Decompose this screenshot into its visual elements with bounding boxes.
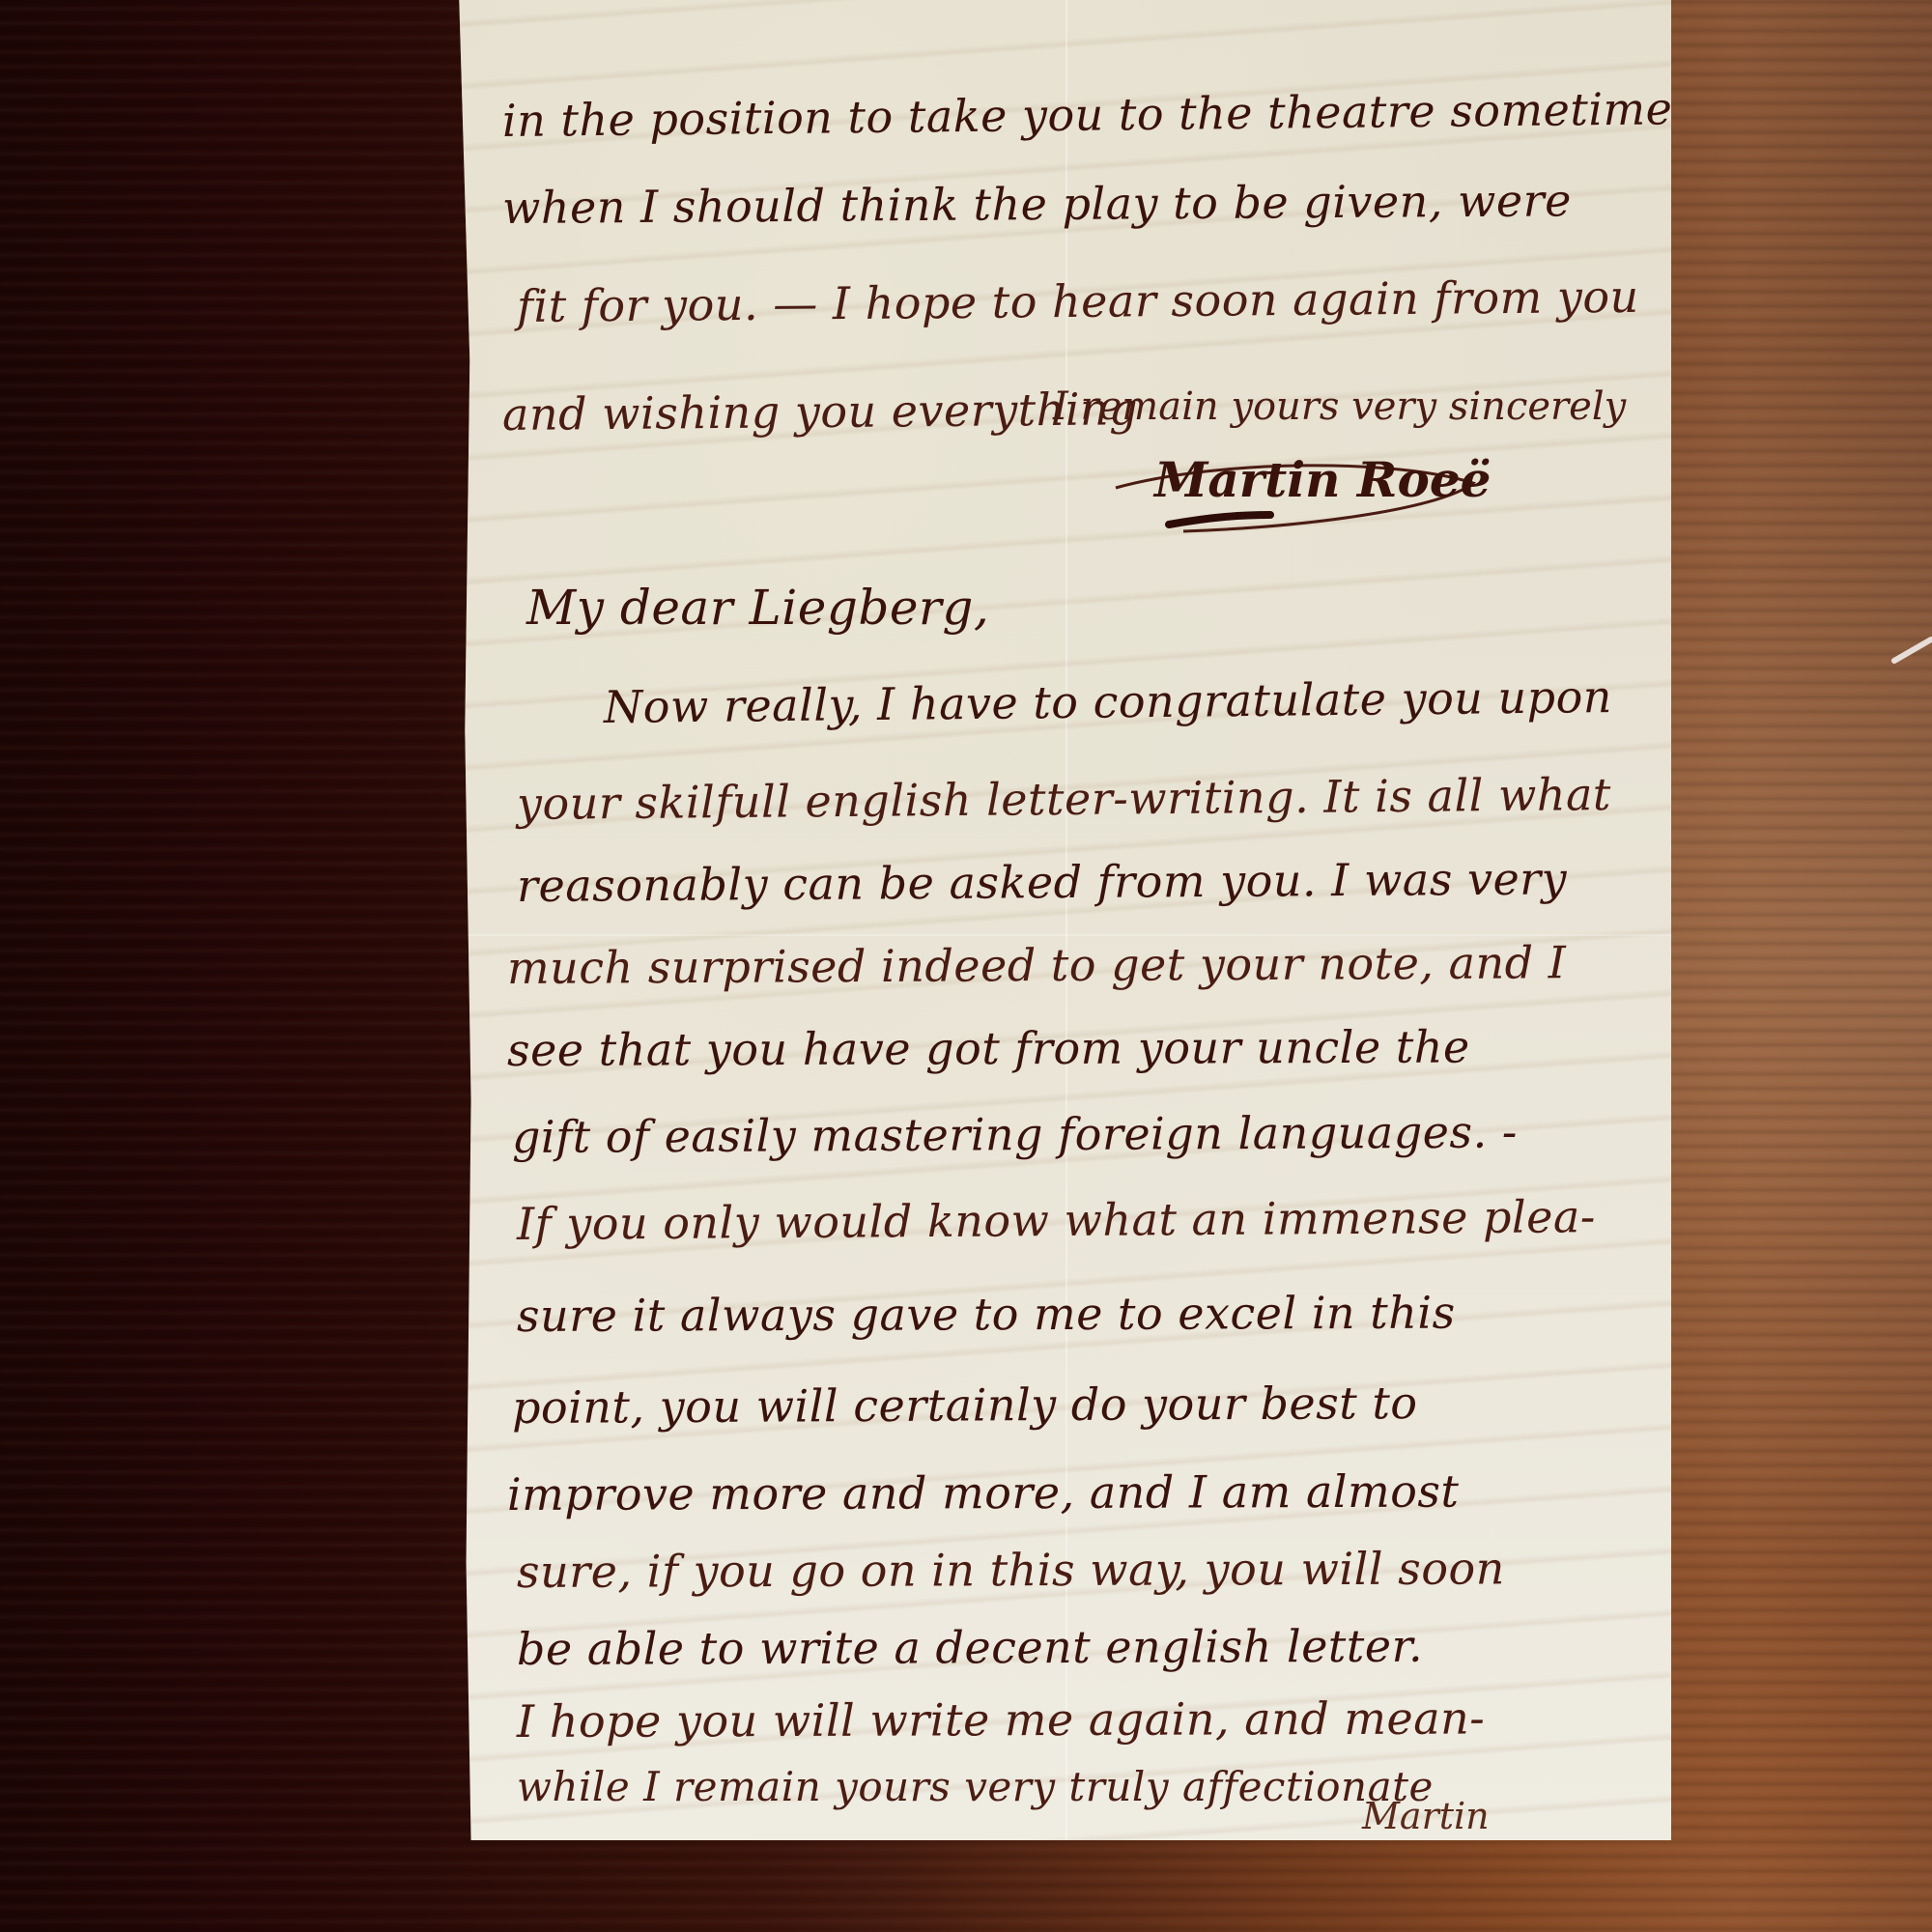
letter-line: see that you have got from your uncle th…	[507, 1021, 1470, 1076]
letter-line: point, you will certainly do your best t…	[512, 1377, 1418, 1434]
letter-line: sure, if you go on in this way, you will…	[517, 1542, 1505, 1598]
letter-paper: in the position to take you to the theat…	[459, 0, 1671, 1840]
horizontal-fold-crease	[459, 934, 1671, 936]
letter-line: I hope you will write me again, and mean…	[517, 1692, 1485, 1747]
letter-line: reasonably can be asked from you. I was …	[517, 852, 1568, 912]
letter-line: in the position to take you to the theat…	[502, 82, 1696, 147]
letter-line: while I remain yours very truly affectio…	[517, 1763, 1434, 1810]
letter-line: Now really, I have to congratulate you u…	[604, 670, 1612, 733]
letter-line: and wishing you everything	[502, 383, 1139, 440]
letter-line: be able to write a decent english letter…	[517, 1620, 1423, 1675]
sign-off-name: Martin	[1362, 1795, 1490, 1837]
letter-line: sure it always gave to me to excel in th…	[517, 1287, 1456, 1342]
closing-phrase: I remain yours very sincerely	[1053, 384, 1626, 429]
letter-line: gift of easily mastering foreign languag…	[512, 1106, 1518, 1163]
signature: Martin Roeë	[1077, 440, 1483, 546]
letter-line: improve more and more, and I am almost	[507, 1465, 1460, 1520]
salutation: My dear Liegberg,	[526, 580, 989, 636]
letter-line: your skilfull english letter-writing. It…	[517, 768, 1611, 830]
letter-line: fit for you. — I hope to hear soon again…	[517, 270, 1639, 332]
letter-line: when I should think the play to be given…	[502, 174, 1572, 234]
letter-line: much surprised indeed to get your note, …	[507, 936, 1567, 994]
signature-name: Martin Roeë	[1154, 451, 1491, 508]
light-glare	[1890, 636, 1932, 665]
letter-line: If you only would know what an immense p…	[517, 1190, 1596, 1250]
